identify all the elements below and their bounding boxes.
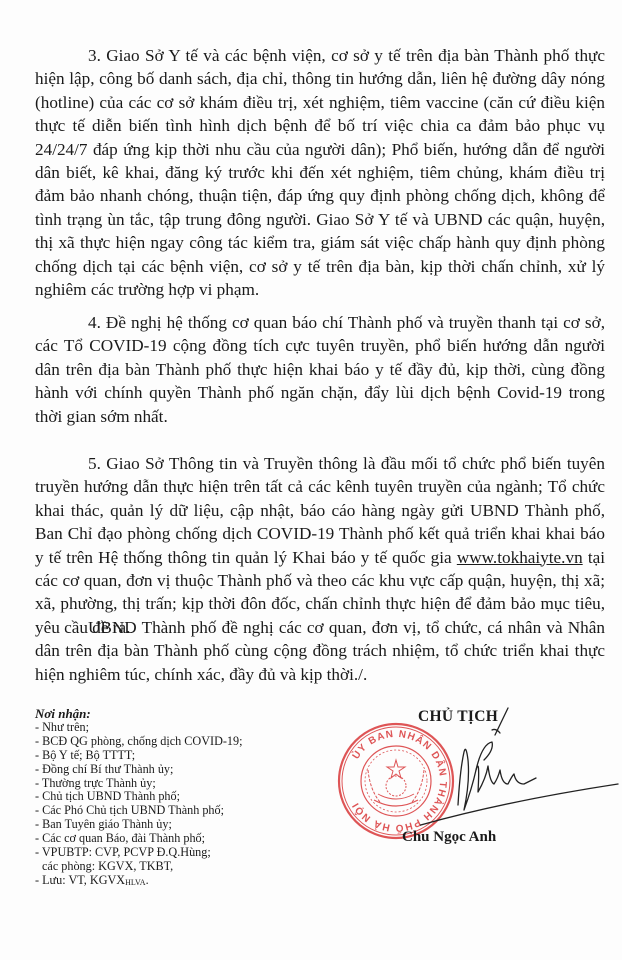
recipients-title: Nơi nhận:	[35, 707, 295, 721]
recipient-item-continuation: các phòng: KGVX, TKBT,	[35, 860, 295, 874]
archive-initials: HLVA	[125, 878, 145, 887]
recipient-item: - Các cơ quan Báo, đài Thành phố;	[35, 832, 295, 846]
recipient-item: - Chủ tịch UBND Thành phố;	[35, 790, 295, 804]
recipient-item: - Thường trực Thành ủy;	[35, 777, 295, 791]
recipient-item: - Các Phó Chủ tịch UBND Thành phố;	[35, 804, 295, 818]
recipient-item: - Ban Tuyên giáo Thành ủy;	[35, 818, 295, 832]
document-page: 3. Giao Sở Y tế và các bệnh viện, cơ sở …	[0, 0, 622, 960]
signer-name: Chu Ngọc Anh	[402, 829, 496, 846]
closing-paragraph: UBND Thành phố đề nghị các cơ quan, đơn …	[35, 616, 605, 686]
recipient-item: - Như trên;	[35, 721, 295, 735]
recipients-block: Nơi nhận: - Như trên; - BCĐ QG phòng, ch…	[35, 707, 295, 890]
paragraph-5: 5. Giao Sở Thông tin và Truyền thông là …	[35, 452, 605, 639]
closing-paragraph-text: UBND Thành phố đề nghị các cơ quan, đơn …	[35, 616, 605, 686]
handwritten-signature-icon	[420, 700, 620, 840]
paragraph-4: 4. Đề nghị hệ thống cơ quan báo chí Thàn…	[35, 311, 605, 428]
archive-label: - Lưu: VT, KGVX	[35, 873, 125, 887]
paragraph-3-text: 3. Giao Sở Y tế và các bệnh viện, cơ sở …	[35, 44, 605, 301]
tokhaiyte-link[interactable]: www.tokhaiyte.vn	[457, 548, 583, 567]
paragraph-4-text: 4. Đề nghị hệ thống cơ quan báo chí Thàn…	[35, 311, 605, 428]
recipient-item: - BCĐ QG phòng, chống dịch COVID-19;	[35, 735, 295, 749]
recipient-item: - Đồng chí Bí thư Thành ủy;	[35, 763, 295, 777]
paragraph-3: 3. Giao Sở Y tế và các bệnh viện, cơ sở …	[35, 44, 605, 301]
archive-end: .	[146, 873, 149, 887]
recipient-item: - VPUBTP: CVP, PCVP Đ.Q.Hùng;	[35, 846, 295, 860]
recipient-item: - Bộ Y tế; Bộ TTTT;	[35, 749, 295, 763]
paragraph-5-text: 5. Giao Sở Thông tin và Truyền thông là …	[35, 452, 605, 639]
recipient-item-archive: - Lưu: VT, KGVXHLVA.	[35, 874, 295, 890]
